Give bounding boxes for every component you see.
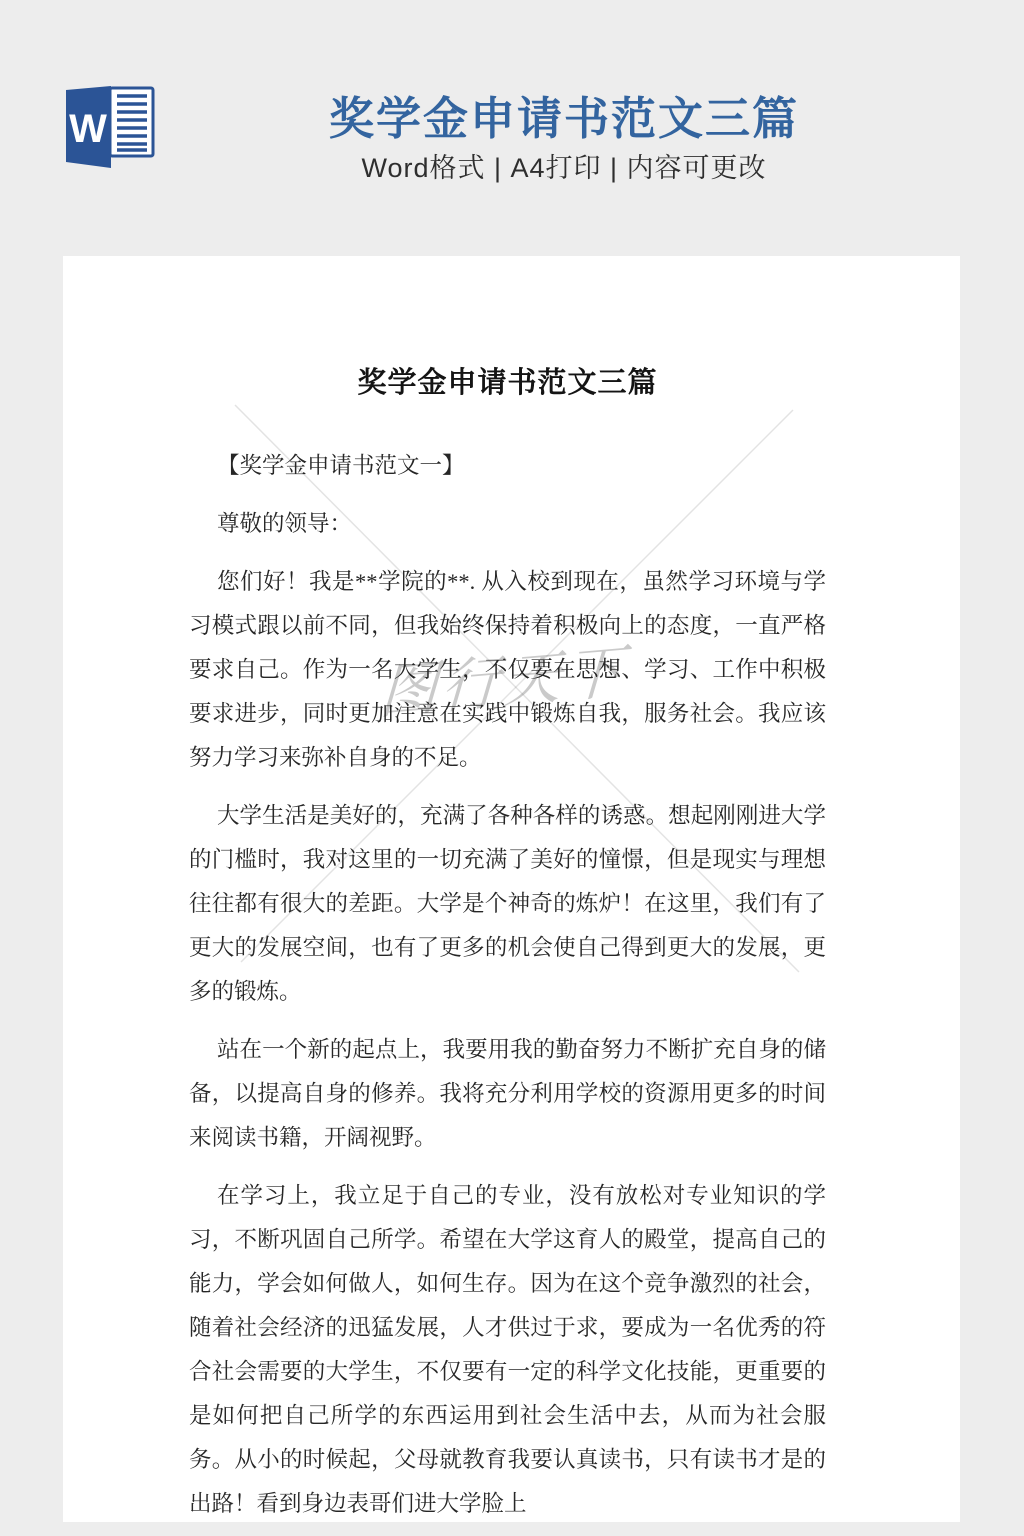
paragraph-salutation: 尊敬的领导： bbox=[189, 502, 826, 546]
paragraph-body: 在学习上，我立足于自己的专业，没有放松对专业知识的学习，不断巩固自己所学。希望在… bbox=[189, 1174, 826, 1526]
document-page: 图行天下 奖学金申请书范文三篇 【奖学金申请书范文一】 尊敬的领导： 您们好！我… bbox=[63, 256, 960, 1522]
paragraph-section-heading: 【奖学金申请书范文一】 bbox=[189, 444, 826, 488]
paragraph-body: 站在一个新的起点上，我要用我的勤奋努力不断扩充自身的储备，以提高自身的修养。我将… bbox=[189, 1028, 826, 1160]
page-background: { "header": { "title": "奖学金申请书范文三篇", "su… bbox=[0, 0, 1024, 1536]
header-text-block: 奖学金申请书范文三篇 Word格式 | A4打印 | 内容可更改 bbox=[104, 94, 1024, 184]
preview-header: W 奖学金申请书范文三篇 Word格式 | A4打印 | 内容可更改 bbox=[0, 0, 1024, 256]
paragraph-body: 您们好！我是**学院的**. 从入校到现在，虽然学习环境与学习模式跟以前不同，但… bbox=[189, 560, 826, 780]
page-title: 奖学金申请书范文三篇 bbox=[104, 94, 1024, 144]
page-subtitle: Word格式 | A4打印 | 内容可更改 bbox=[104, 152, 1024, 184]
word-icon-letter: W bbox=[69, 107, 107, 151]
document-title: 奖学金申请书范文三篇 bbox=[189, 366, 826, 400]
paragraph-body: 大学生活是美好的，充满了各种各样的诱惑。想起刚刚进大学的门槛时，我对这里的一切充… bbox=[189, 794, 826, 1014]
document-content: 奖学金申请书范文三篇 【奖学金申请书范文一】 尊敬的领导： 您们好！我是**学院… bbox=[189, 366, 826, 1536]
